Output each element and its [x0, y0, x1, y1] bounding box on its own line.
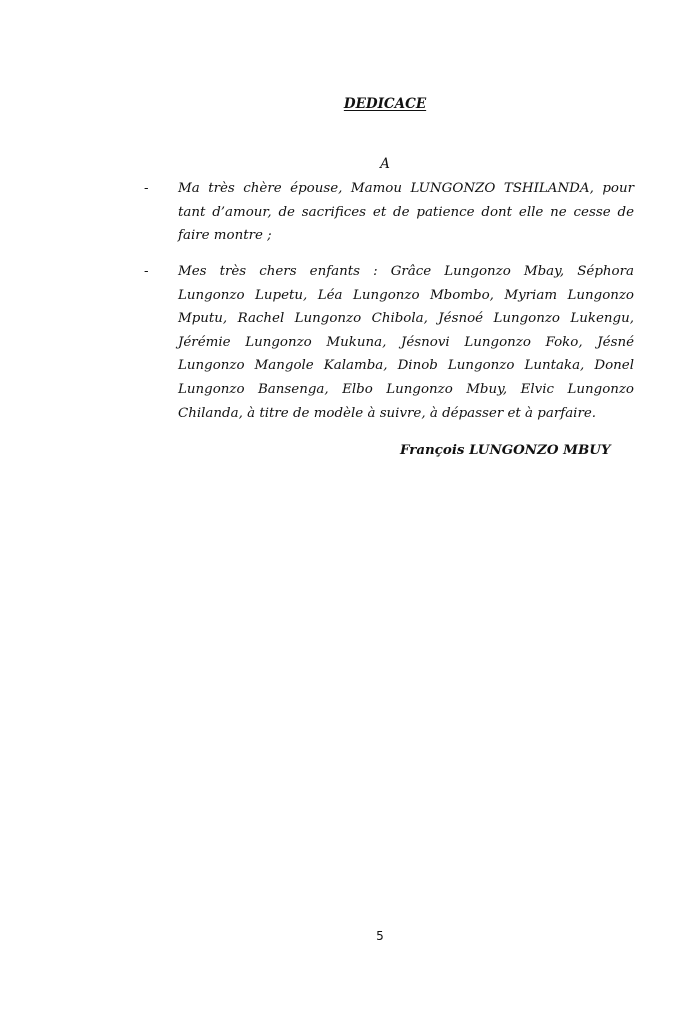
- document-page: DEDICACE A - Ma très chère épouse, Mamou…: [0, 0, 700, 1028]
- dedication-item: - Mes très chers enfants : Grâce Lungonz…: [144, 260, 634, 425]
- bullet-dash: -: [144, 260, 149, 284]
- page-number: 5: [0, 929, 700, 943]
- bullet-dash: -: [144, 177, 149, 201]
- dedication-to-line: A: [0, 156, 700, 172]
- dedication-item-text: Ma très chère épouse, Mamou LUNGONZO TSH…: [178, 177, 634, 248]
- dedication-item-text: Mes très chers enfants : Grâce Lungonzo …: [178, 260, 634, 425]
- dedication-item: - Ma très chère épouse, Mamou LUNGONZO T…: [144, 177, 634, 248]
- page-title: DEDICACE: [0, 96, 700, 112]
- author-signature: François LUNGONZO MBUY: [400, 442, 611, 458]
